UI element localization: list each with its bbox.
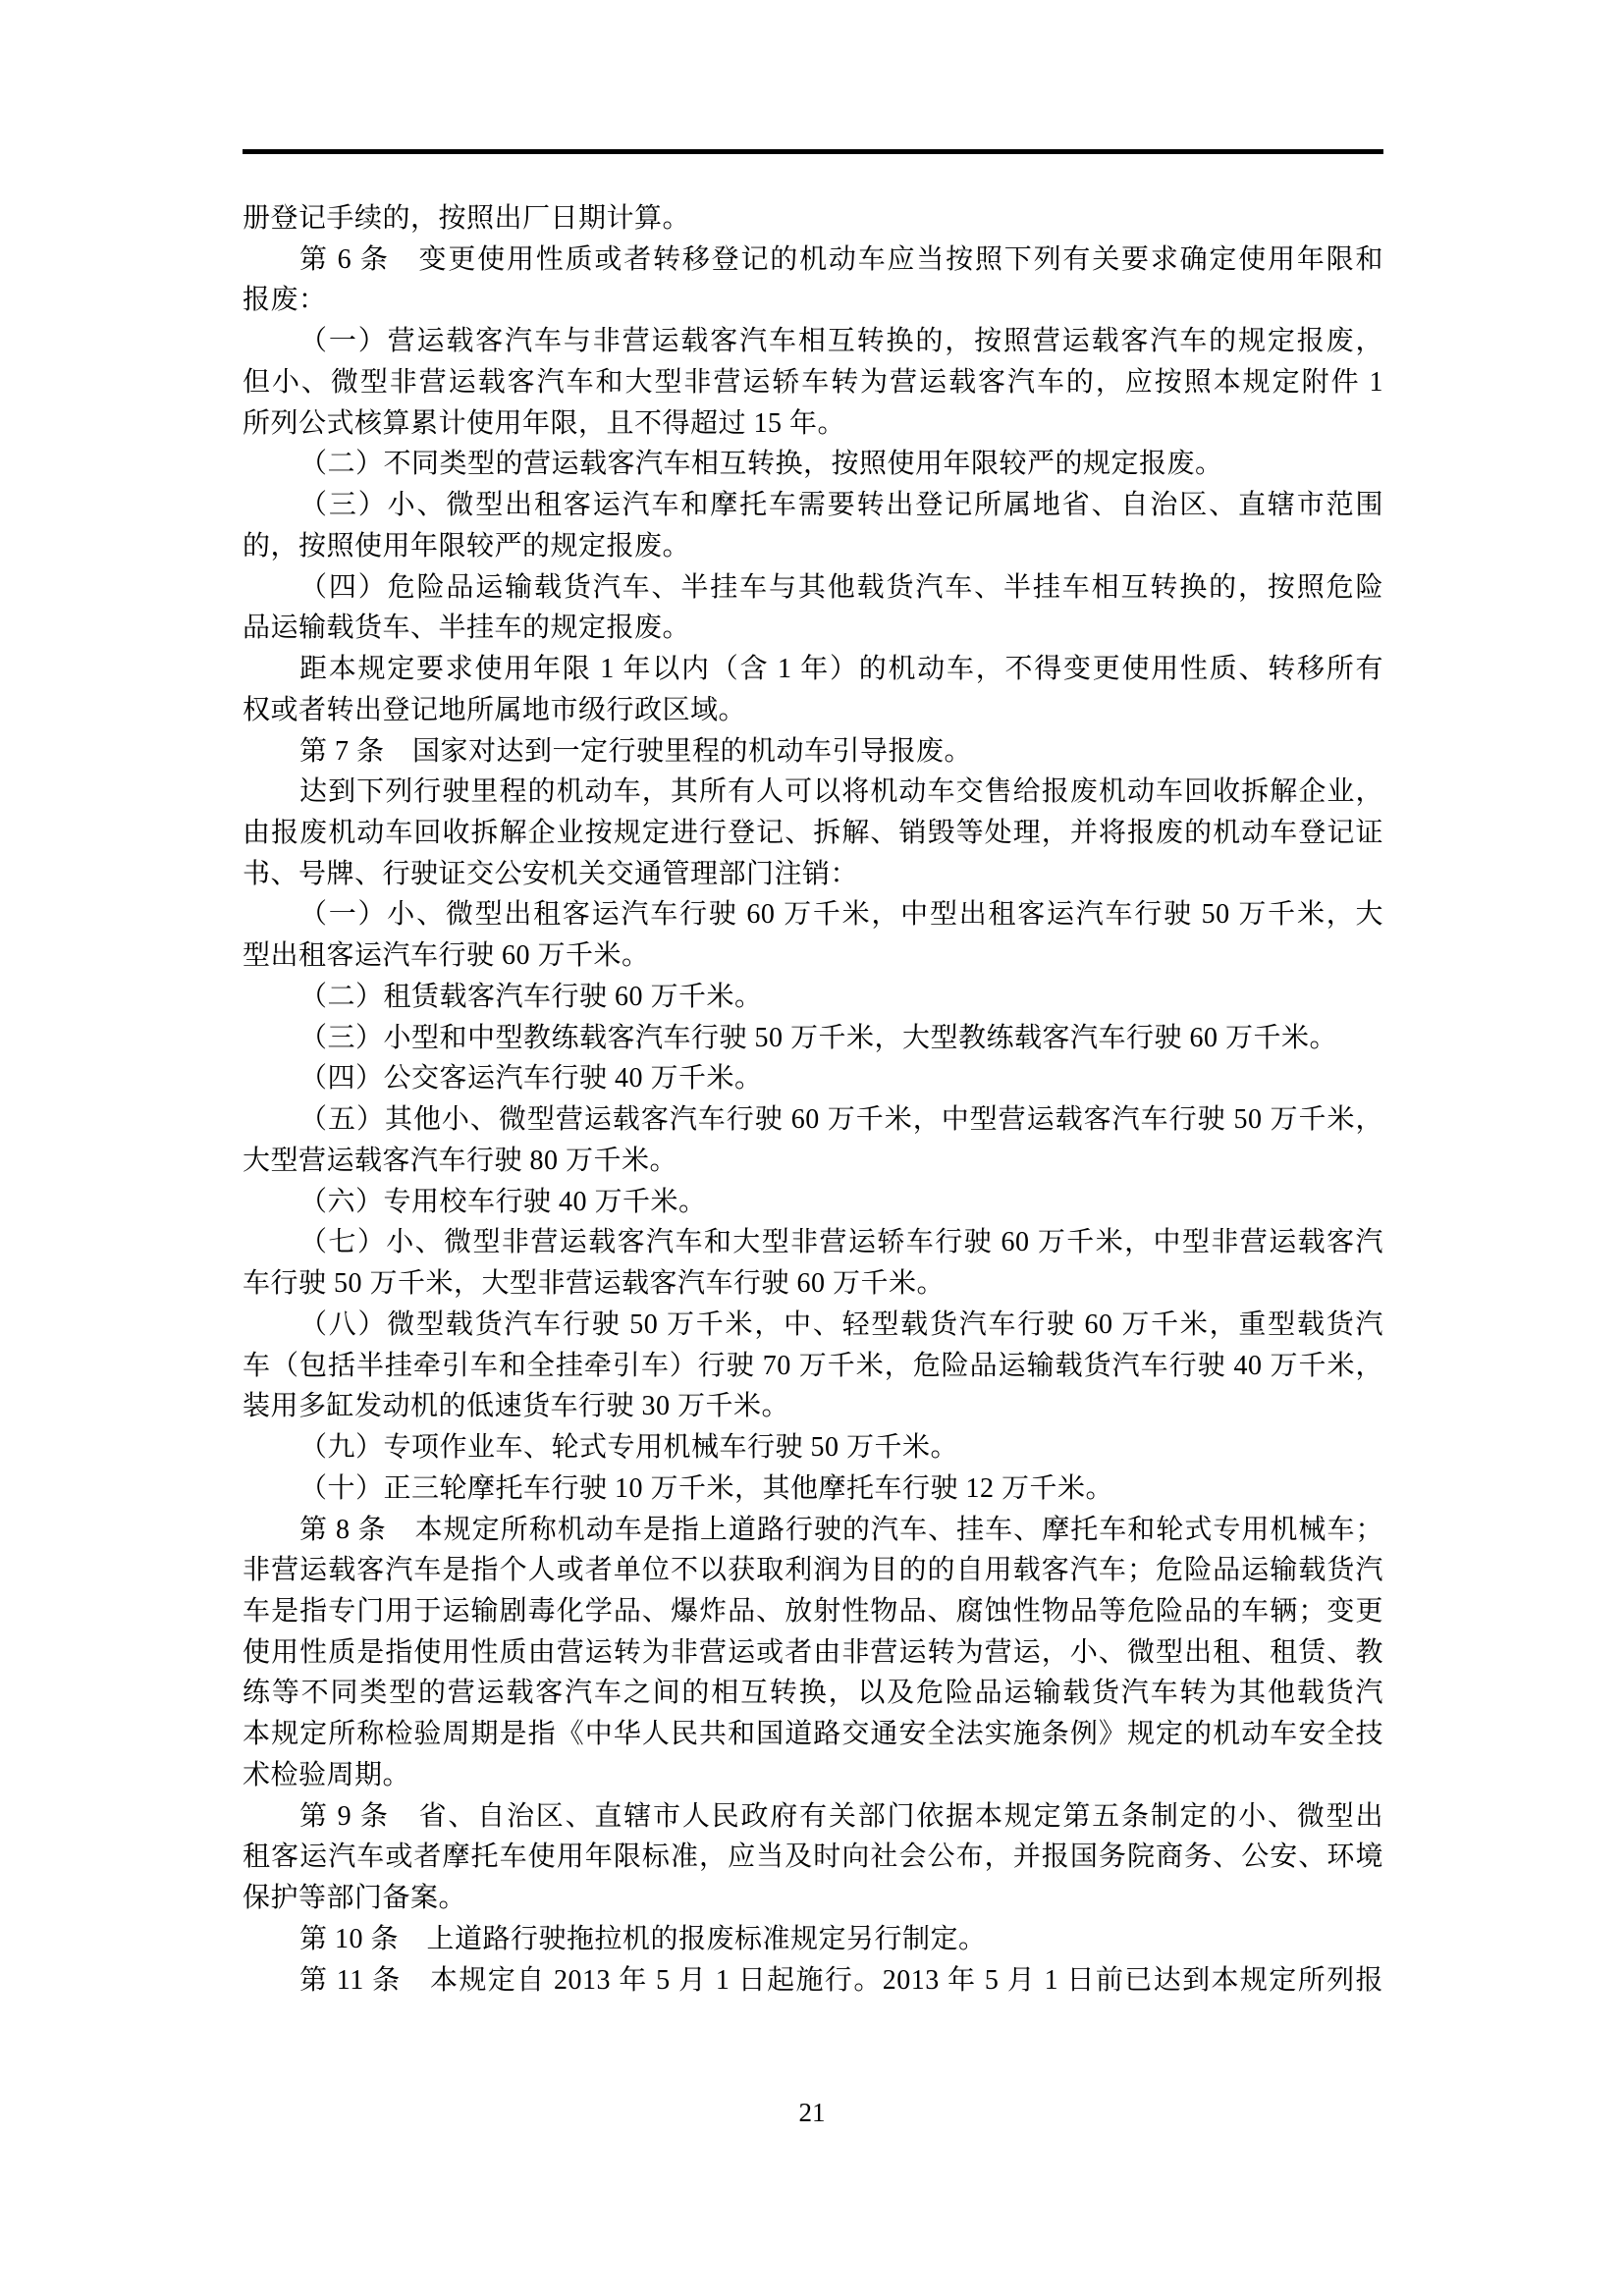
text-line: 本规定所称检验周期是指《中华人民共和国道路交通安全法实施条例》规定的机动车安全技 <box>243 1714 1383 1755</box>
text-line: （二）不同类型的营运载客汽车相互转换，按照使用年限较严的规定报废。 <box>243 444 1383 485</box>
text-line: （七）小、微型非营运载客汽车和大型非营运轿车行驶 60 万千米，中型非营运载客汽 <box>243 1222 1383 1263</box>
text-line: 装用多缸发动机的低速货车行驶 30 万千米。 <box>243 1386 1383 1427</box>
text-line: 达到下列行驶里程的机动车，其所有人可以将机动车交售给报废机动车回收拆解企业， <box>243 772 1383 813</box>
text-line: 第 11 条 本规定自 2013 年 5 月 1 日起施行。2013 年 5 月… <box>243 1960 1383 2002</box>
text-line: （八）微型载货汽车行驶 50 万千米，中、轻型载货汽车行驶 60 万千米，重型载… <box>243 1305 1383 1346</box>
text-line: （九）专项作业车、轮式专用机械车行驶 50 万千米。 <box>243 1427 1383 1468</box>
text-line: 报废： <box>243 280 1383 321</box>
text-line: （一）小、微型出租客运汽车行驶 60 万千米，中型出租客运汽车行驶 50 万千米… <box>243 894 1383 935</box>
text-line: 术检验周期。 <box>243 1755 1383 1796</box>
text-line: 大型营运载客汽车行驶 80 万千米。 <box>243 1141 1383 1182</box>
text-line: 车行驶 50 万千米，大型非营运载客汽车行驶 60 万千米。 <box>243 1263 1383 1305</box>
text-line: 第 8 条 本规定所称机动车是指上道路行驶的汽车、挂车、摩托车和轮式专用机械车； <box>243 1510 1383 1551</box>
text-line: 册登记手续的，按照出厂日期计算。 <box>243 198 1383 240</box>
text-line: 练等不同类型的营运载客汽车之间的相互转换，以及危险品运输载货汽车转为其他载货汽车… <box>243 1673 1383 1714</box>
text-line: 所列公式核算累计使用年限，且不得超过 15 年。 <box>243 403 1383 445</box>
text-line: 型出租客运汽车行驶 60 万千米。 <box>243 935 1383 977</box>
page-number: 21 <box>0 2095 1624 2130</box>
text-line: 权或者转出登记地所属地市级行政区域。 <box>243 690 1383 731</box>
document-body: 册登记手续的，按照出厂日期计算。第 6 条 变更使用性质或者转移登记的机动车应当… <box>243 198 1383 2001</box>
text-line: 非营运载客汽车是指个人或者单位不以获取利润为目的的自用载客汽车；危险品运输载货汽 <box>243 1550 1383 1591</box>
text-line: 第 7 条 国家对达到一定行驶里程的机动车引导报废。 <box>243 731 1383 773</box>
text-line: 由报废机动车回收拆解企业按规定进行登记、拆解、销毁等处理，并将报废的机动车登记证 <box>243 813 1383 854</box>
text-line: （六）专用校车行驶 40 万千米。 <box>243 1182 1383 1223</box>
text-line: 租客运汽车或者摩托车使用年限标准，应当及时向社会公布，并报国务院商务、公安、环境 <box>243 1837 1383 1878</box>
text-line: 第 10 条 上道路行驶拖拉机的报废标准规定另行制定。 <box>243 1919 1383 1960</box>
text-line: （三）小、微型出租客运汽车和摩托车需要转出登记所属地省、自治区、直辖市范围 <box>243 485 1383 526</box>
text-line: （四）公交客运汽车行驶 40 万千米。 <box>243 1058 1383 1099</box>
text-line: 但小、微型非营运载客汽车和大型非营运轿车转为营运载客汽车的，应按照本规定附件 1 <box>243 362 1383 403</box>
document-page: 册登记手续的，按照出厂日期计算。第 6 条 变更使用性质或者转移登记的机动车应当… <box>0 0 1624 2296</box>
text-line: （四）危险品运输载货汽车、半挂车与其他载货汽车、半挂车相互转换的，按照危险 <box>243 567 1383 609</box>
text-line: （二）租赁载客汽车行驶 60 万千米。 <box>243 977 1383 1018</box>
header-rule <box>243 149 1383 154</box>
text-line: 保护等部门备案。 <box>243 1878 1383 1919</box>
text-line: 的，按照使用年限较严的规定报废。 <box>243 526 1383 567</box>
text-line: 车（包括半挂牵引车和全挂牵引车）行驶 70 万千米，危险品运输载货汽车行驶 40… <box>243 1346 1383 1387</box>
text-line: 使用性质是指使用性质由营运转为非营运或者由非营运转为营运，小、微型出租、租赁、教 <box>243 1632 1383 1674</box>
text-line: （三）小型和中型教练载客汽车行驶 50 万千米，大型教练载客汽车行驶 60 万千… <box>243 1018 1383 1059</box>
text-line: （十）正三轮摩托车行驶 10 万千米，其他摩托车行驶 12 万千米。 <box>243 1468 1383 1510</box>
text-line: （一）营运载客汽车与非营运载客汽车相互转换的，按照营运载客汽车的规定报废， <box>243 321 1383 362</box>
text-line: 品运输载货车、半挂车的规定报废。 <box>243 608 1383 649</box>
text-line: 距本规定要求使用年限 1 年以内（含 1 年）的机动车，不得变更使用性质、转移所… <box>243 649 1383 690</box>
text-line: 车是指专门用于运输剧毒化学品、爆炸品、放射性物品、腐蚀性物品等危险品的车辆；变更 <box>243 1591 1383 1632</box>
text-line: 第 6 条 变更使用性质或者转移登记的机动车应当按照下列有关要求确定使用年限和 <box>243 240 1383 281</box>
text-line: （五）其他小、微型营运载客汽车行驶 60 万千米，中型营运载客汽车行驶 50 万… <box>243 1099 1383 1141</box>
text-line: 书、号牌、行驶证交公安机关交通管理部门注销： <box>243 854 1383 895</box>
text-line: 第 9 条 省、自治区、直辖市人民政府有关部门依据本规定第五条制定的小、微型出 <box>243 1796 1383 1838</box>
